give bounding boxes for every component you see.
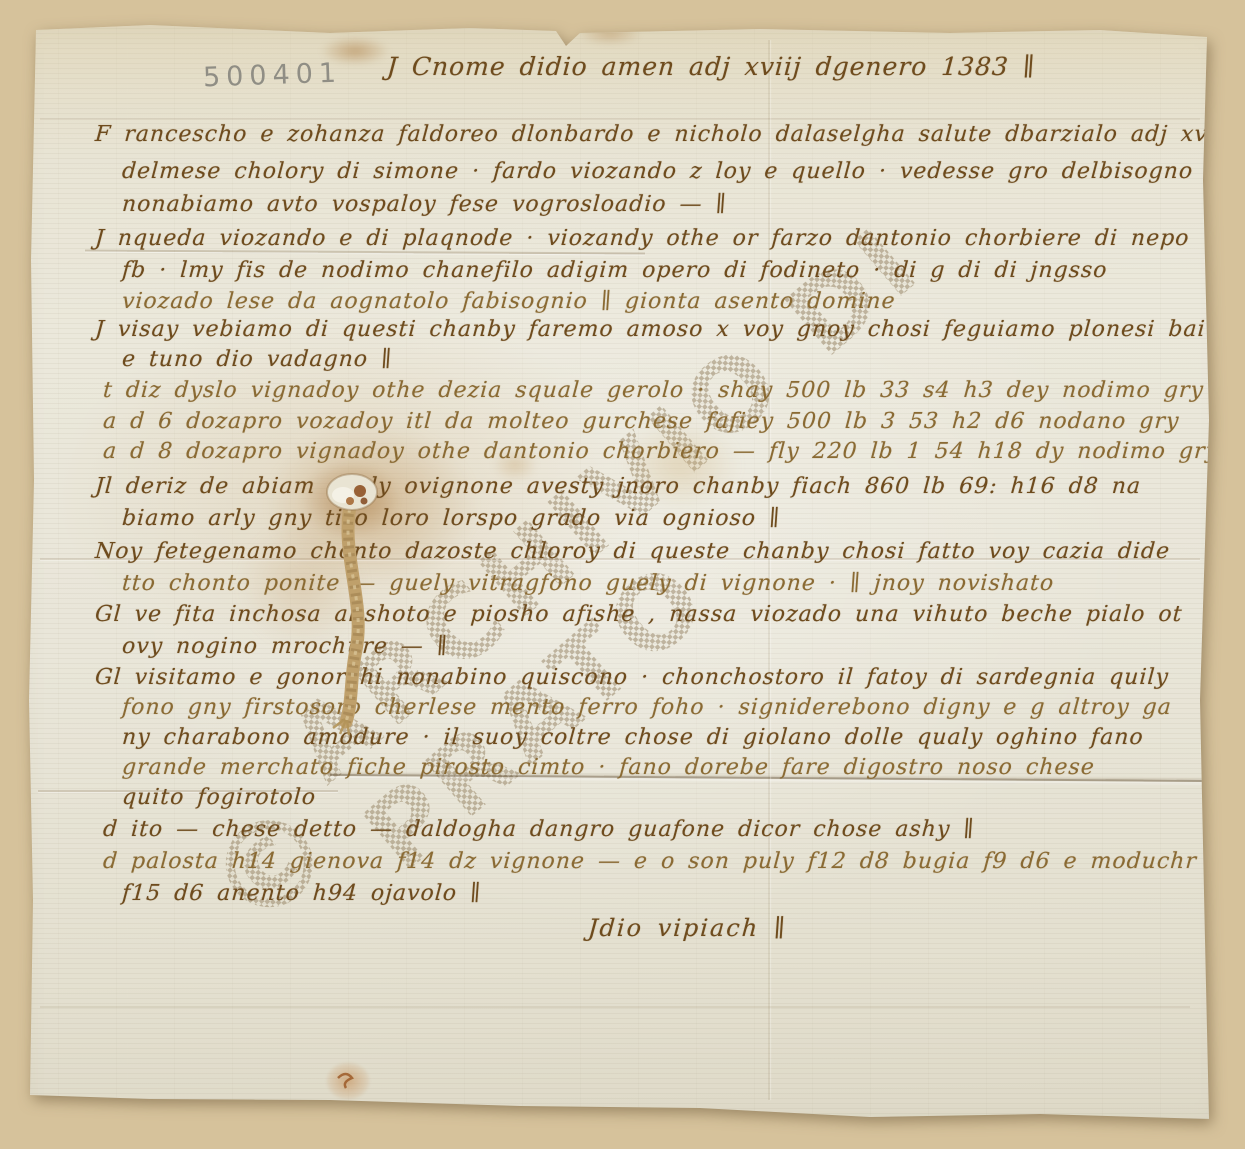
manuscript-line: fono gny firstosoro cherlese mento ferro… [121,697,1172,719]
manuscript-line: biamo arly gny tiro loro lorspo grado vi… [121,508,781,530]
crease-upper [40,118,1200,120]
manuscript-line: J visay vebiamo di questi chanby faremo … [94,319,1206,341]
manuscript-signature: Jdio vipiach ∥ [587,916,788,940]
manuscript-heading: J Cnome didio amen adj xviij dgenero 138… [386,54,1036,79]
manuscript-line: Gl visitamo e gonorchi nonabino quiscono… [94,667,1169,689]
manuscript-line: t diz dyslo vignadoy othe dezia squale g… [102,380,1204,402]
scan-background: © ARCHIVIO DI PRATO 500401 J Cnome d [0,0,1245,1149]
manuscript-line: nonabiamo avto vospaloy fese vogrosloadi… [121,194,727,216]
manuscript-line: e tuno dio vadagno ∥ [121,349,393,371]
manuscript-line: F rancescho e zohanza faldoreo dlonbardo… [94,124,1232,146]
manuscript-line: ny charabono amodure · il suoy coltre ch… [121,727,1144,749]
manuscript-line: tto chonto ponite — guely vitragfono gue… [121,573,1055,595]
manuscript-line: Noy fetegenamo chonto dazoste chloroy di… [94,541,1171,563]
stain-top-center [578,22,642,46]
manuscript-line: fb · lmy fis de nodimo chanefilo adigim … [121,260,1108,282]
manuscript-line: f15 d6 anento h94 ojavolo ∥ [121,883,482,905]
manuscript-line: d palosta h14 gienova f14 dz vignone — e… [102,851,1197,873]
archive-number-stamp: 500401 [203,58,343,94]
manuscript-line: a d 6 dozapro vozadoy itl da molteo gurc… [102,411,1180,433]
manuscript-line: d ito — chese detto — daldogha dangro gu… [102,819,975,841]
manuscript-line: viozado lese da aognatolo fabisognio ∥ g… [121,291,896,313]
manuscript-line: ovy nogino mrochure — ∥ [121,636,449,658]
manuscript-line: quito fogirotolo [121,787,317,809]
stain-bottom-wax [326,1062,370,1100]
manuscript-line: grande merchato fiche pirosto cimto · fa… [121,757,1095,779]
crease-lower [40,1006,1190,1008]
manuscript-line: a d 8 dozapro vignadoy othe dantonio cho… [102,441,1219,463]
manuscript-line: Gl ve fita inchosa alishoto e piosho afi… [94,604,1183,626]
paper-shadow: © ARCHIVIO DI PRATO 500401 J Cnome d [0,0,1245,1149]
manuscript-line: Jl deriz de abiam spoly ovignone avesty … [94,476,1142,498]
manuscript-line: delmese cholory di simone · fardo viozan… [121,161,1245,183]
manuscript-line: J nqueda viozando e di plaqnode · viozan… [94,228,1190,250]
manuscript-paper: © ARCHIVIO DI PRATO 500401 J Cnome d [0,0,1245,1149]
